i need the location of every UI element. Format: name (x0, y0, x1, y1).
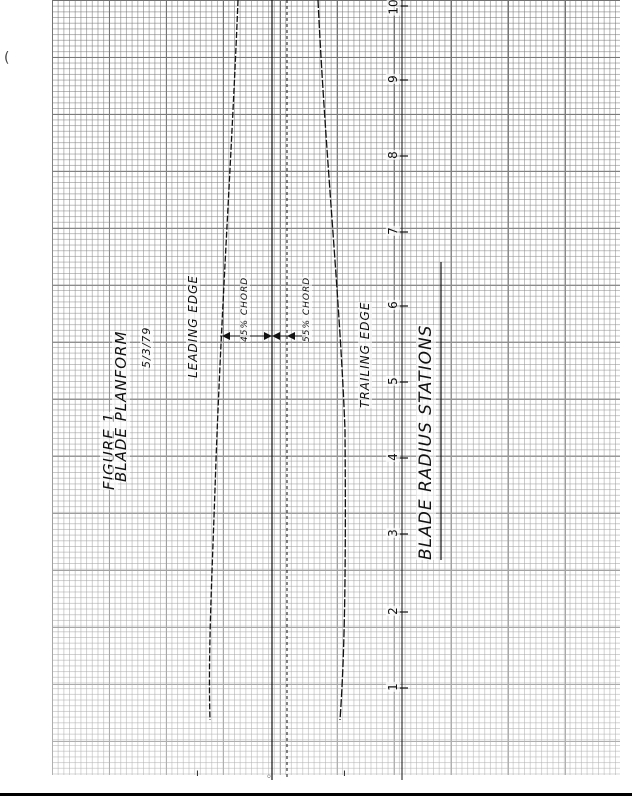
date-note: 5/3/79 (140, 327, 153, 368)
station-1: 1 (386, 682, 400, 692)
chord-45-label: 45% CHORD (240, 277, 250, 342)
blade-planform-title: BLADE PLANFORM (112, 331, 130, 482)
blade-radius-stations-label: BLADE RADIUS STATIONS (416, 325, 436, 560)
station-4: 4 (386, 452, 400, 462)
station-8: 8 (386, 150, 400, 160)
trailing-edge-label: TRAILING EDGE (358, 302, 372, 408)
planform-drawing: ı ◦ ı (0, 0, 632, 801)
station-2: 2 (386, 606, 400, 616)
trailing-edge-curve (318, 0, 345, 720)
station-9: 9 (386, 74, 400, 84)
svg-text:◦: ◦ (266, 772, 272, 783)
svg-text:ı: ı (343, 768, 346, 779)
svg-text:ı: ı (196, 768, 199, 779)
station-7: 7 (386, 226, 400, 236)
station-10: 10 (387, 0, 401, 16)
station-3: 3 (386, 528, 400, 538)
station-5: 5 (386, 376, 400, 386)
leading-edge-curve (209, 0, 238, 720)
station-6: 6 (386, 300, 400, 310)
scan-edge (0, 793, 632, 796)
leading-edge-label: LEADING EDGE (186, 275, 200, 378)
chord-55-label: 55% CHORD (302, 277, 312, 342)
